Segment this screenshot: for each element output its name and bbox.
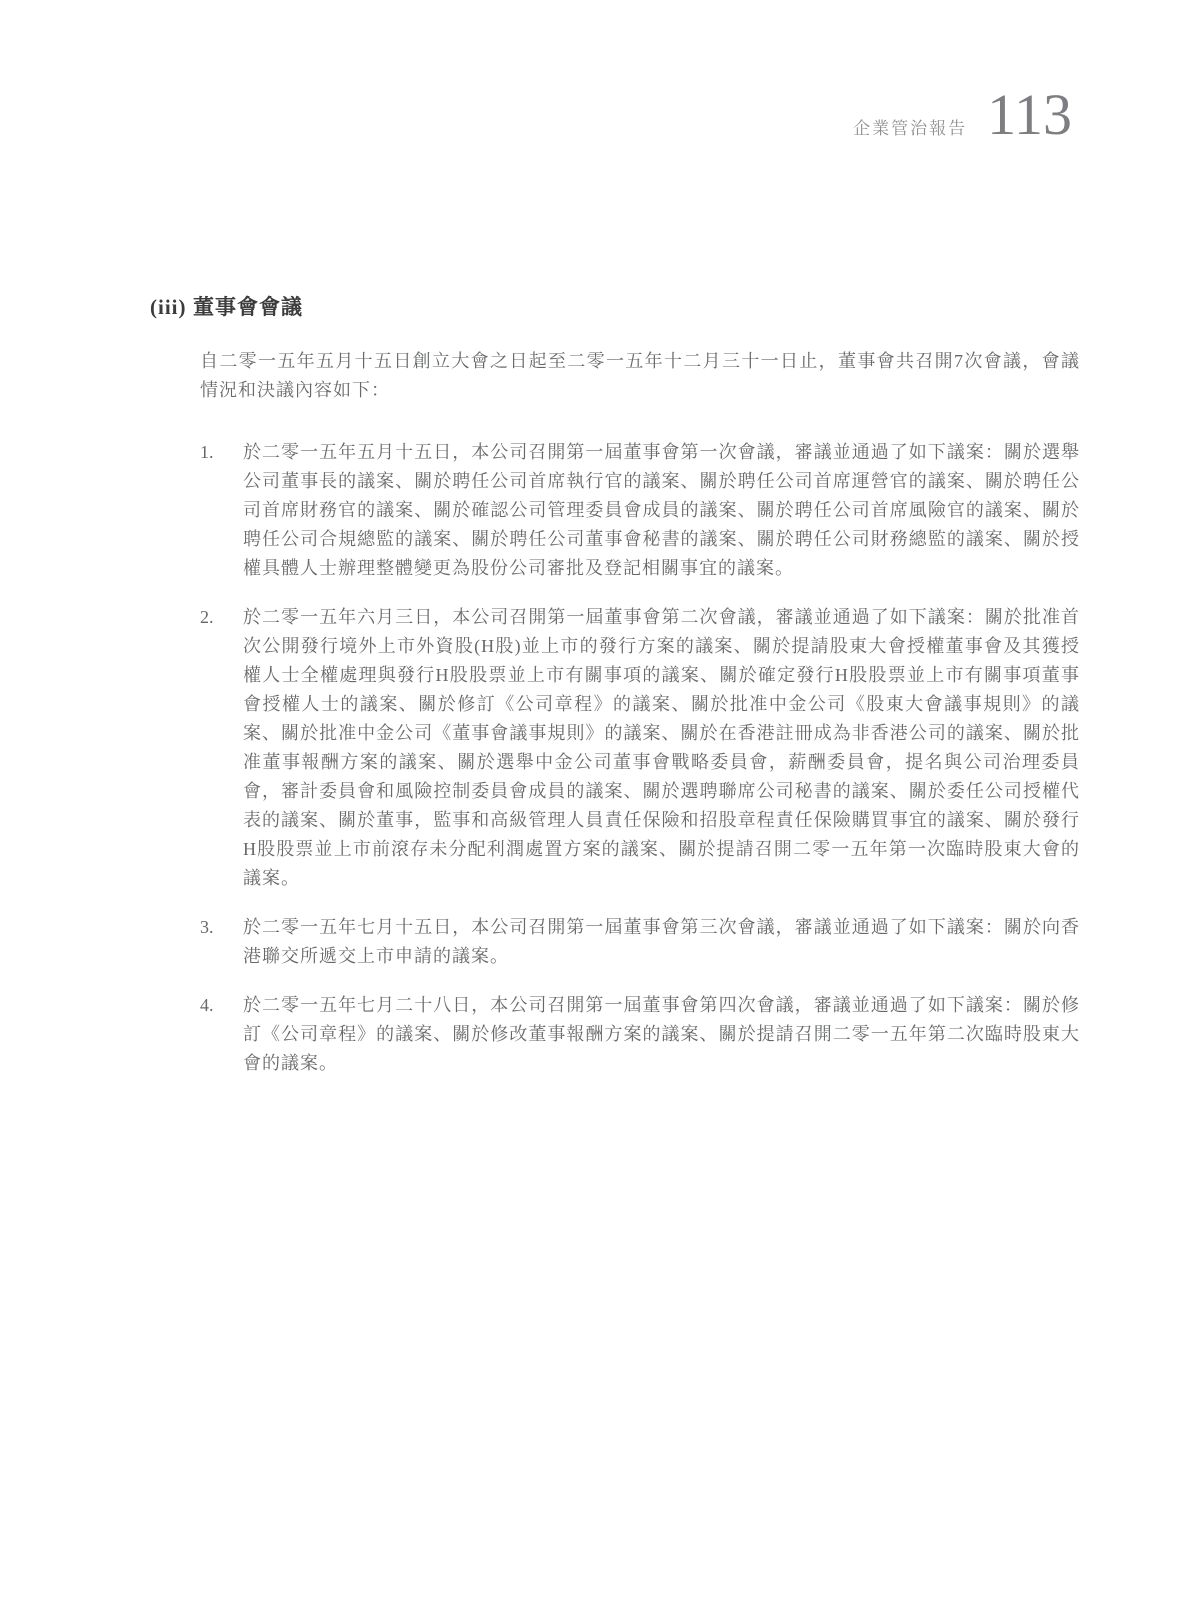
report-section-label: 企業管治報告: [853, 114, 967, 139]
list-item-text: 於二零一五年五月十五日，本公司召開第一屆董事會第一次會議，審議並通過了如下議案：…: [243, 438, 1080, 583]
list-item-text: 於二零一五年七月二十八日，本公司召開第一屆董事會第四次會議，審議並通過了如下議案…: [243, 991, 1080, 1078]
section-heading-marker: (iii): [150, 293, 193, 322]
list-item: 2. 於二零一五年六月三日，本公司召開第一屆董事會第二次會議，審議並通過了如下議…: [200, 603, 1082, 893]
page-number: 113: [987, 86, 1072, 144]
section-heading: (iii) 董事會會議: [150, 293, 1082, 322]
section-intro-paragraph: 自二零一五年五月十五日創立大會之日起至二零一五年十二月三十一日止，董事會共召開7…: [200, 347, 1080, 405]
list-item: 4. 於二零一五年七月二十八日，本公司召開第一屆董事會第四次會議，審議並通過了如…: [200, 991, 1082, 1078]
list-item-text: 於二零一五年七月十五日，本公司召開第一屆董事會第三次會議，審議並通過了如下議案：…: [243, 913, 1080, 971]
document-body: (iii) 董事會會議 自二零一五年五月十五日創立大會之日起至二零一五年十二月三…: [150, 293, 1082, 1098]
section-heading-title: 董事會會議: [193, 293, 303, 322]
list-item-text: 於二零一五年六月三日，本公司召開第一屆董事會第二次會議，審議並通過了如下議案：關…: [243, 603, 1080, 893]
board-meeting-list: 1. 於二零一五年五月十五日，本公司召開第一屆董事會第一次會議，審議並通過了如下…: [200, 438, 1082, 1078]
list-item-number: 2.: [200, 603, 243, 893]
list-item-number: 3.: [200, 913, 243, 971]
page-header: 企業管治報告 113: [853, 86, 1072, 144]
list-item-number: 1.: [200, 438, 243, 583]
list-item: 1. 於二零一五年五月十五日，本公司召開第一屆董事會第一次會議，審議並通過了如下…: [200, 438, 1082, 583]
list-item: 3. 於二零一五年七月十五日，本公司召開第一屆董事會第三次會議，審議並通過了如下…: [200, 913, 1082, 971]
list-item-number: 4.: [200, 991, 243, 1078]
